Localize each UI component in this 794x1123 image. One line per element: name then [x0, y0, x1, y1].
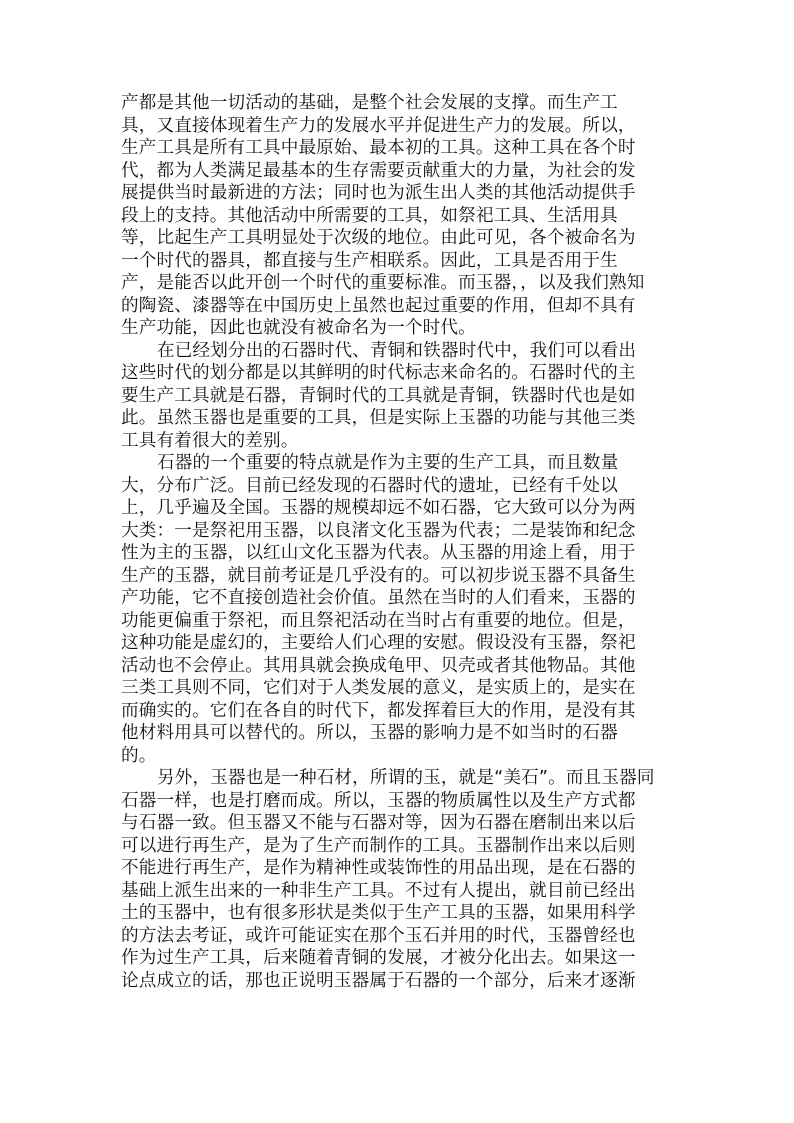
text-line-indented: 另外，玉器也是一种石材，所谓的玉，就是“美石”。而且玉器同: [121, 767, 681, 790]
text-line: 生产工具是所有工具中最原始、最本初的工具。这种工具在各个时: [121, 137, 681, 160]
text-line: 石器一样，也是打磨而成。所以，玉器的物质属性以及生产方式都: [121, 790, 681, 813]
text-line: 生产的玉器，就目前考证是几乎没有的。可以初步说玉器不具备生: [121, 565, 681, 588]
text-line: 可以进行再生产，是为了生产而制作的工具。玉器制作出来以后则: [121, 835, 681, 858]
text-line: 上，几乎遍及全国。玉器的规模却远不如石器，它大致可以分为两: [121, 497, 681, 520]
text-line: 段上的支持。其他活动中所需要的工具，如祭祀工具、生活用具: [121, 205, 681, 228]
paragraph: 另外，玉器也是一种石材，所谓的玉，就是“美石”。而且玉器同 石器一样，也是打磨而…: [121, 767, 681, 992]
text-line: 生产功能，因此也就没有被命名为一个时代。: [121, 317, 681, 340]
text-line: 展提供当时最新进的方法；同时也为派生出人类的其他活动提供手: [121, 182, 681, 205]
text-line: 一个时代的器具，都直接与生产相联系。因此，工具是否用于生: [121, 250, 681, 273]
paragraph: 石器的一个重要的特点就是作为主要的生产工具，而且数量 大，分布广泛。目前已经发现…: [121, 452, 681, 767]
paragraph: 在已经划分出的石器时代、青铜和铁器时代中，我们可以看出 这些时代的划分都是以其鲜…: [121, 340, 681, 453]
text-line: 具，又直接体现着生产力的发展水平并促进生产力的发展。所以，: [121, 115, 681, 138]
text-line: 这些时代的划分都是以其鲜明的时代标志来命名的。石器时代的主: [121, 362, 681, 385]
text-line: 功能更偏重于祭祀，而且祭祀活动在当时占有重要的地位。但是，: [121, 610, 681, 633]
document-page: 产都是其他一切活动的基础，是整个社会发展的支撑。而生产工 具，又直接体现着生产力…: [0, 0, 794, 1123]
text-line: 产都是其他一切活动的基础，是整个社会发展的支撑。而生产工: [121, 92, 681, 115]
text-line-indented: 在已经划分出的石器时代、青铜和铁器时代中，我们可以看出: [121, 340, 681, 363]
text-line: 土的玉器中，也有很多形状是类似于生产工具的玉器，如果用科学: [121, 902, 681, 925]
text-line: 而确实的。它们在各自的时代下，都发挥着巨大的作用，是没有其: [121, 700, 681, 723]
text-line-indented: 石器的一个重要的特点就是作为主要的生产工具，而且数量: [121, 452, 681, 475]
text-line: 此。虽然玉器也是重要的工具，但是实际上玉器的功能与其他三类: [121, 407, 681, 430]
text-line: 大类：一是祭祀用玉器，以良渚文化玉器为代表；二是装饰和纪念: [121, 520, 681, 543]
text-line: 的方法去考证，或许可能证实在那个玉石并用的时代，玉器曾经也: [121, 925, 681, 948]
text-line: 这种功能是虚幻的，主要给人们心理的安慰。假设没有玉器，祭祀: [121, 632, 681, 655]
text-line: 活动也不会停止。其用具就会换成龟甲、贝壳或者其他物品。其他: [121, 655, 681, 678]
text-line: 代，都为人类满足最基本的生存需要贡献重大的力量，为社会的发: [121, 160, 681, 183]
text-line: 不能进行再生产，是作为精神性或装饰性的用品出现，是在石器的: [121, 857, 681, 880]
text-line: 的陶瓷、漆器等在中国历史上虽然也起过重要的作用，但却不具有: [121, 295, 681, 318]
text-line: 基础上派生出来的一种非生产工具。不过有人提出，就目前已经出: [121, 880, 681, 903]
text-line: 产，是能否以此开创一个时代的重要标准。而玉器，，以及我们熟知: [121, 272, 681, 295]
text-line: 大，分布广泛。目前已经发现的石器时代的遗址，已经有千处以: [121, 475, 681, 498]
text-line: 三类工具则不同，它们对于人类发展的意义，是实质上的，是实在: [121, 677, 681, 700]
document-body: 产都是其他一切活动的基础，是整个社会发展的支撑。而生产工 具，又直接体现着生产力…: [121, 92, 681, 992]
text-line: 作为过生产工具，后来随着青铜的发展，才被分化出去。如果这一: [121, 947, 681, 970]
paragraph: 产都是其他一切活动的基础，是整个社会发展的支撑。而生产工 具，又直接体现着生产力…: [121, 92, 681, 340]
text-line: 工具有着很大的差别。: [121, 430, 681, 453]
text-line: 要生产工具就是石器，青铜时代的工具就是青铜，铁器时代也是如: [121, 385, 681, 408]
text-line: 等，比起生产工具明显处于次级的地位。由此可见，各个被命名为: [121, 227, 681, 250]
text-line: 的。: [121, 745, 681, 768]
text-line: 论点成立的话，那也正说明玉器属于石器的一个部分，后来才逐渐: [121, 970, 681, 993]
text-line: 性为主的玉器，以红山文化玉器为代表。从玉器的用途上看，用于: [121, 542, 681, 565]
text-line: 产功能，它不直接创造社会价值。虽然在当时的人们看来，玉器的: [121, 587, 681, 610]
text-line: 与石器一致。但玉器又不能与石器对等，因为石器在磨制出来以后: [121, 812, 681, 835]
text-line: 他材料用具可以替代的。所以，玉器的影响力是不如当时的石器: [121, 722, 681, 745]
